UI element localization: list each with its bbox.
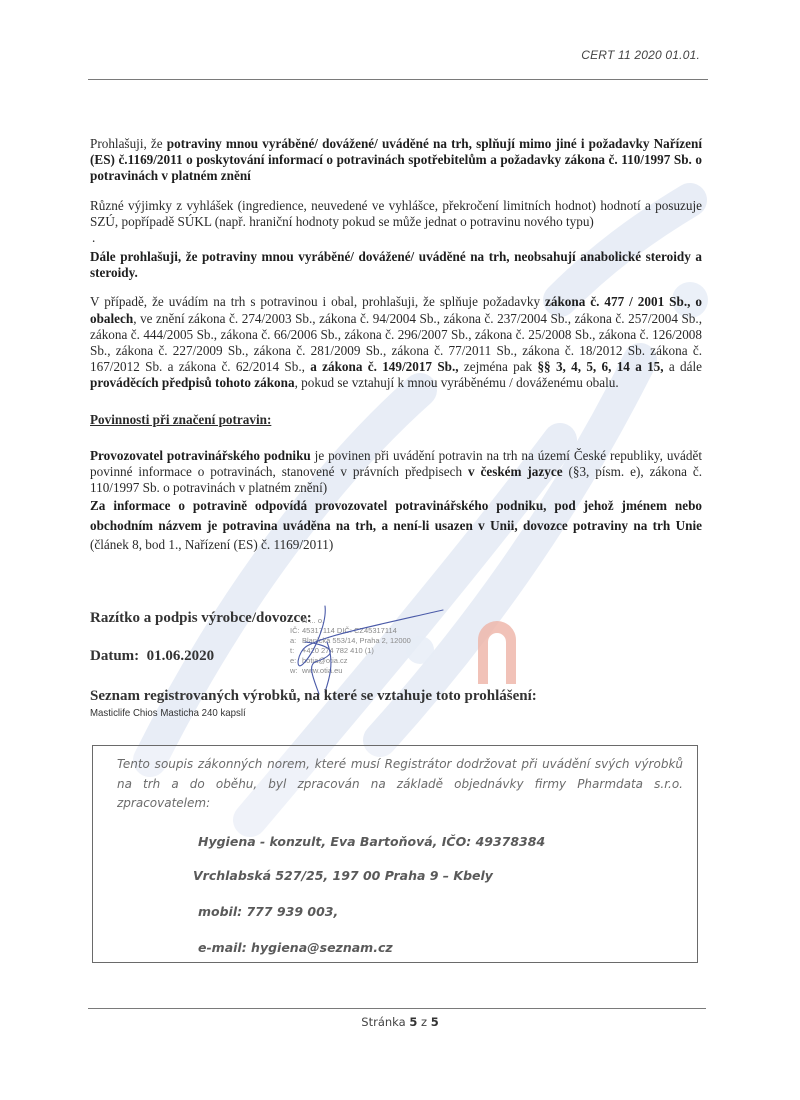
compiler-address: Vrchlabská 527/25, 197 00 Praha 9 – Kbel… xyxy=(193,868,493,883)
footer-divider xyxy=(88,1008,706,1009)
declaration-body: Prohlašuji, že potraviny mnou vyráběné/ … xyxy=(90,136,702,555)
handwritten-signature xyxy=(285,602,445,697)
header-divider xyxy=(88,79,708,80)
product-item: Masticlife Chios Masticha 240 kapslí xyxy=(90,707,246,719)
labeling-obligations-heading: Povinnosti při značení potravin: xyxy=(90,412,702,428)
operator-obligation-paragraph: Provozovatel potravinářského podniku je … xyxy=(90,448,702,497)
stamp-signature-label: Razítko a podpis výrobce/dovozce: xyxy=(90,610,312,627)
exceptions-paragraph: Různé výjimky z vyhlášek (ingredience, n… xyxy=(90,198,702,230)
date-line: Datum: 01.06.2020 xyxy=(90,648,214,665)
stray-dot: . xyxy=(90,233,702,249)
stamp-logo-icon xyxy=(472,612,522,684)
document-reference: CERT 11 2020 01.01. xyxy=(581,48,700,62)
date-label: Datum: xyxy=(90,648,139,664)
page-total: 5 xyxy=(431,1015,439,1029)
date-value: 01.06.2020 xyxy=(147,648,215,664)
page-prefix: Stránka xyxy=(361,1015,409,1029)
page-footer: Stránka 5 z 5 xyxy=(0,1015,800,1029)
registered-products-title: Seznam registrovaných výrobků, na které … xyxy=(90,688,537,705)
compiler-email: e-mail: hygiena@seznam.cz xyxy=(198,940,393,955)
declaration-paragraph-1: Prohlašuji, že potraviny mnou vyráběné/ … xyxy=(90,136,702,185)
compiler-company: Hygiena - konzult, Eva Bartoňová, IČO: 4… xyxy=(198,834,545,849)
compiler-mobile: mobil: 777 939 003, xyxy=(198,904,338,919)
steroids-paragraph: Dále prohlašuji, že potraviny mnou vyráb… xyxy=(90,249,702,281)
packaging-paragraph: V případě, že uvádím na trh s potravinou… xyxy=(90,294,702,391)
compiler-info-box: Tento soupis zákonných norem, které musí… xyxy=(92,745,698,963)
responsibility-paragraph: Za informace o potravině odpovídá provoz… xyxy=(90,496,702,555)
compiler-intro: Tento soupis zákonných norem, které musí… xyxy=(117,755,683,814)
page-sep: z xyxy=(417,1015,430,1029)
